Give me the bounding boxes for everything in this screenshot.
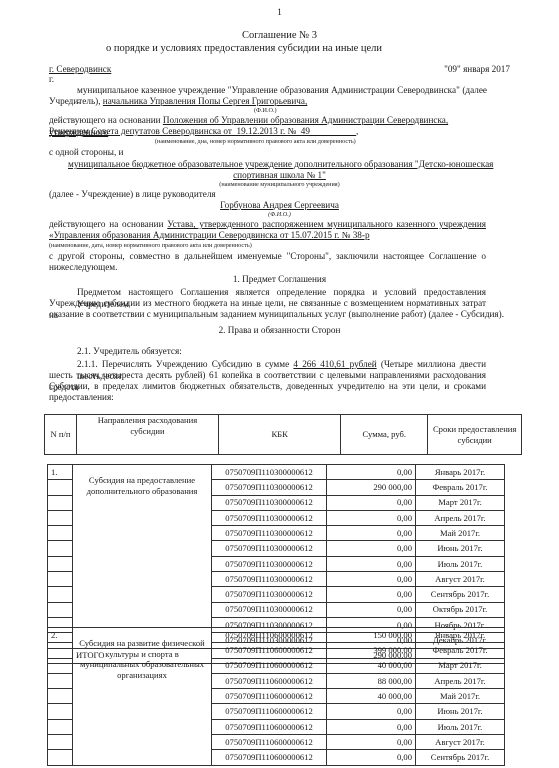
row-kbk: 0750709П110600000612 xyxy=(212,689,327,704)
row-number xyxy=(48,602,73,617)
item-2-1-1-line-4: предоставления: xyxy=(49,392,114,404)
row-number xyxy=(48,572,73,587)
row-sum: 0,00 xyxy=(327,556,416,571)
institution-alias: (далее - Учреждение) в лице руководителя xyxy=(49,189,216,201)
row-sum: 0,00 xyxy=(327,719,416,734)
row-sum: 150 000,00 xyxy=(327,628,416,643)
row-term: Май 2017г. xyxy=(416,526,505,541)
row-term: Апрель 2017г. xyxy=(416,673,505,688)
basis-2-caption: (наименование, дата, номер нормативного … xyxy=(49,242,252,250)
header-kbk: КБК xyxy=(219,415,341,455)
row-sum: 0,00 xyxy=(327,735,416,750)
row-kbk: 0750709П110300000612 xyxy=(212,510,327,525)
row-sum: 0,00 xyxy=(327,587,416,602)
basis-2-line-1: действующего на основании Устава, утверж… xyxy=(49,219,486,231)
row-kbk: 0750709П110600000612 xyxy=(212,658,327,673)
row-kbk: 0750709П110300000612 xyxy=(212,526,327,541)
fio-caption-2: (Ф.И.О.) xyxy=(0,211,559,219)
row-number xyxy=(48,750,73,765)
other-side-line-1: с другой стороны, совместно в дальнейшем… xyxy=(49,251,486,263)
row-number xyxy=(48,689,73,704)
row-sum: 290 000,00 xyxy=(327,480,416,495)
document-title: Соглашение № 3 xyxy=(0,29,559,42)
row-kbk: 0750709П110600000612 xyxy=(212,643,327,658)
basis-1-doc-cont: Решением Совета депутатов Северодвинска … xyxy=(49,126,356,136)
row-number xyxy=(48,587,73,602)
page-number: 1 xyxy=(0,8,559,20)
row-kbk: 0750709П110300000612 xyxy=(212,495,327,510)
row-term: Июль 2017г. xyxy=(416,556,505,571)
row-term: Июнь 2017г. xyxy=(416,541,505,556)
row-term: Август 2017г. xyxy=(416,735,505,750)
row-kbk: 0750709П110600000612 xyxy=(212,719,327,734)
table-row: 2.Субсидия на развитие физической культу… xyxy=(48,628,505,643)
row-term: Октябрь 2017г. xyxy=(416,602,505,617)
row-direction: Субсидия на предоставление дополнительно… xyxy=(73,465,212,649)
row-number xyxy=(48,510,73,525)
place: г. Северодвинск xyxy=(49,64,111,76)
row-sum: 0,00 xyxy=(327,495,416,510)
schedule-table-header: N п/п Направления расходования субсидии … xyxy=(44,414,522,455)
document-subtitle: о порядке и условиях предоставления субс… xyxy=(106,42,382,55)
row-sum: 0,00 xyxy=(327,704,416,719)
row-number: 2. xyxy=(48,628,73,643)
row-sum: 0,00 xyxy=(327,526,416,541)
row-term: Сентябрь 2017г. xyxy=(416,750,505,765)
section-1-line-3: оказание в соответствии с муниципальным … xyxy=(49,309,504,321)
row-sum: 88 000,00 xyxy=(327,673,416,688)
row-term: Июнь 2017г. xyxy=(416,704,505,719)
row-term: Апрель 2017г. xyxy=(416,510,505,525)
row-number xyxy=(48,556,73,571)
row-sum: 399 000,00 xyxy=(327,643,416,658)
row-number xyxy=(48,480,73,495)
row-number xyxy=(48,541,73,556)
section-1-heading: 1. Предмет Соглашения xyxy=(0,274,559,286)
other-side-line-2: нижеследующем. xyxy=(49,262,117,274)
basis-1-line-2: Решением Совета депутатов Северодвинска … xyxy=(49,126,358,138)
basis-2-prefix: действующего на основании xyxy=(49,219,167,229)
row-term: Март 2017г. xyxy=(416,658,505,673)
row-number xyxy=(48,495,73,510)
row-sum: 0,00 xyxy=(327,602,416,617)
row-number xyxy=(48,643,73,658)
basis-2-line-2: «Управления образования Администрации Се… xyxy=(49,230,370,242)
institution-line-1: муниципальное бюджетное образовательное … xyxy=(68,159,493,171)
row-term: Август 2017г. xyxy=(416,572,505,587)
row-number xyxy=(48,658,73,673)
institution-line-2: спортивная школа № 1" xyxy=(0,170,559,182)
table-row: 1.Субсидия на предоставление дополнитель… xyxy=(48,465,505,480)
row-number xyxy=(48,673,73,688)
header-direction: Направления расходования субсидии xyxy=(76,415,218,455)
row-term: Февраль 2017г. xyxy=(416,480,505,495)
row-kbk: 0750709П110600000612 xyxy=(212,628,327,643)
row-kbk: 0750709П110600000612 xyxy=(212,735,327,750)
row-term: Январь 2017г. xyxy=(416,465,505,480)
row-term: Февраль 2017г. xyxy=(416,643,505,658)
comma: , xyxy=(356,126,358,136)
row-kbk: 0750709П110300000612 xyxy=(212,572,327,587)
header-terms: Сроки предоставления субсидии xyxy=(428,415,522,455)
item-2-1-1-prefix: 2.1.1. Перечислять Учреждению Субсидию в… xyxy=(77,359,293,369)
row-kbk: 0750709П110600000612 xyxy=(212,704,327,719)
row-term: Май 2017г. xyxy=(416,689,505,704)
row-kbk: 0750709П110300000612 xyxy=(212,480,327,495)
row-sum: 0,00 xyxy=(327,541,416,556)
item-2-1-1-line-3: Субсидии, в пределах лимитов бюджетных о… xyxy=(49,381,486,393)
director-name: Горбунова Андрея Сергеевича xyxy=(0,200,559,212)
row-kbk: 0750709П110300000612 xyxy=(212,587,327,602)
founder-alias: Учредитель), xyxy=(49,96,103,106)
row-kbk: 0750709П110300000612 xyxy=(212,556,327,571)
fio-caption-1: (Ф.И.О.) xyxy=(254,107,277,115)
row-kbk: 0750709П110300000612 xyxy=(212,541,327,556)
header-num: N п/п xyxy=(45,415,77,455)
basis-1-prefix: действующего на основании xyxy=(49,115,163,125)
row-number xyxy=(48,526,73,541)
row-sum: 0,00 xyxy=(327,510,416,525)
row-term: Январь 2017г. xyxy=(416,628,505,643)
row-sum: 40 000,00 xyxy=(327,658,416,673)
row-kbk: 0750709П110600000612 xyxy=(212,673,327,688)
founder-head-name: начальника Управления Попы Сергея Григор… xyxy=(103,96,308,106)
basis-1-caption: (наименование, дна, номер нормативного п… xyxy=(155,138,356,146)
row-term: Июль 2017г. xyxy=(416,719,505,734)
one-side: с одной стороны, и xyxy=(49,147,123,159)
header-sum: Сумма, руб. xyxy=(341,415,428,455)
row-sum: 40 000,00 xyxy=(327,689,416,704)
row-number: 1. xyxy=(48,465,73,480)
schedule-table-2: 2.Субсидия на развитие физической культу… xyxy=(47,627,505,766)
row-kbk: 0750709П110300000612 xyxy=(212,465,327,480)
row-direction: Субсидия на развитие физической культуры… xyxy=(73,628,212,766)
row-number xyxy=(48,719,73,734)
subsidy-amount: 4 266 410,61 рублей xyxy=(293,359,376,369)
row-term: Сентябрь 2017г. xyxy=(416,587,505,602)
item-2-1: 2.1. Учредитель обязуется: xyxy=(77,346,182,358)
row-term: Март 2017г. xyxy=(416,495,505,510)
row-sum: 0,00 xyxy=(327,572,416,587)
row-sum: 0,00 xyxy=(327,750,416,765)
institution-caption: (наименование муниципального учреждения) xyxy=(0,181,559,189)
place-suffix: г. xyxy=(49,74,54,86)
section-2-heading: 2. Права и обязанности Сторон xyxy=(0,325,559,337)
founder-line-2: Учредитель), начальника Управления Попы … xyxy=(49,96,307,108)
basis-2-doc: Устава, утвержденного распоряжением муни… xyxy=(167,219,486,229)
row-number xyxy=(48,704,73,719)
row-kbk: 0750709П110300000612 xyxy=(212,602,327,617)
date: "09" января 2017 xyxy=(444,64,510,76)
row-kbk: 0750709П110600000612 xyxy=(212,750,327,765)
row-number xyxy=(48,735,73,750)
row-sum: 0,00 xyxy=(327,465,416,480)
